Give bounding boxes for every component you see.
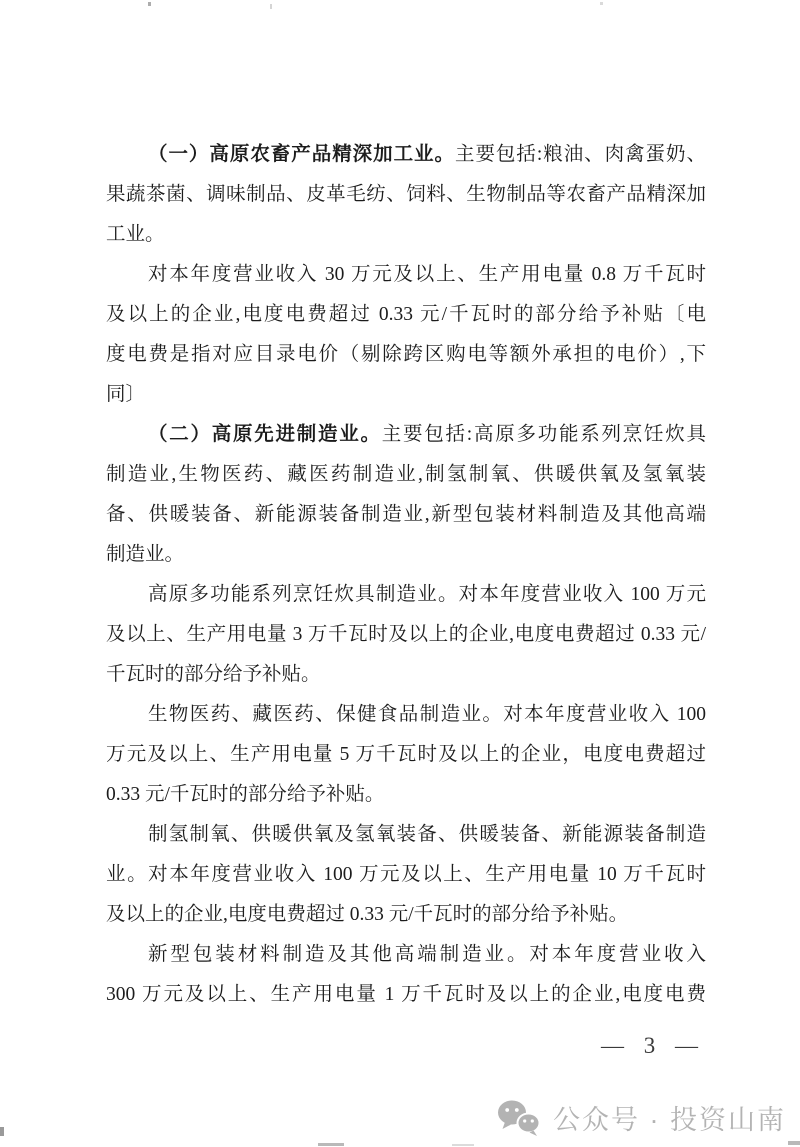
text-line: 制氢制氧、供暖供氧及氢氧装备、供暖装备、新能源装备制造	[106, 815, 706, 855]
watermark: 公众号 · 投资山南	[497, 1098, 786, 1137]
scan-artifact	[0, 1127, 4, 1136]
text-line: 及以上、生产用电量 3 万千瓦时及以上的企业,电度电费超过 0.33 元/	[106, 615, 706, 655]
text-line: 对本年度营业收入 30 万元及以上、生产用电量 0.8 万千瓦时	[106, 255, 706, 295]
scan-artifact	[318, 1143, 344, 1146]
text-line: 千瓦时的部分给予补贴。	[106, 655, 706, 695]
scan-artifact	[148, 2, 151, 6]
watermark-text: 公众号 · 投资山南	[553, 1098, 786, 1137]
scan-artifact	[270, 4, 272, 9]
text-line: 及以上的企业,电度电费超过 0.33 元/千瓦时的部分给予补贴〔电	[106, 295, 706, 335]
text-line: （一）高原农畜产品精深加工业。主要包括:粮油、肉禽蛋奶、	[106, 135, 706, 175]
text-line: 300 万元及以上、生产用电量 1 万千瓦时及以上的企业,电度电费	[106, 975, 706, 1015]
text-line: 高原多功能系列烹饪炊具制造业。对本年度营业收入 100 万元	[106, 575, 706, 615]
scan-artifact	[452, 1144, 474, 1146]
text-line: 万元及以上、生产用电量 5 万千瓦时及以上的企业，电度电费超过	[106, 735, 706, 775]
section-heading: （二）高原先进制造业。	[148, 424, 382, 445]
wechat-icon	[497, 1099, 541, 1137]
text-line: 果蔬茶菌、调味制品、皮革毛纺、饲料、生物制品等农畜产品精深加	[106, 175, 706, 215]
text-line: 生物医药、藏医药、保健食品制造业。对本年度营业收入 100	[106, 695, 706, 735]
text-line: 业。对本年度营业收入 100 万元及以上、生产用电量 10 万千瓦时	[106, 855, 706, 895]
text-line: 0.33 元/千瓦时的部分给予补贴。	[106, 775, 706, 815]
section-heading: （一）高原农畜产品精深加工业。	[148, 144, 455, 165]
text-line: （二）高原先进制造业。主要包括:高原多功能系列烹饪炊具	[106, 415, 706, 455]
document-page: （一）高原农畜产品精深加工业。主要包括:粮油、肉禽蛋奶、果蔬茶菌、调味制品、皮革…	[0, 0, 800, 1147]
text-line: 及以上的企业,电度电费超过 0.33 元/千瓦时的部分给予补贴。	[106, 895, 706, 935]
text-line: 同〕	[106, 375, 706, 415]
text-line: 制造业,生物医药、藏医药制造业,制氢制氧、供暖供氧及氢氧装	[106, 455, 706, 495]
document-body: （一）高原农畜产品精深加工业。主要包括:粮油、肉禽蛋奶、果蔬茶菌、调味制品、皮革…	[106, 135, 706, 1015]
scan-artifact	[600, 2, 603, 5]
text-line: 备、供暖装备、新能源装备制造业,新型包装材料制造及其他高端	[106, 495, 706, 535]
text-line: 工业。	[106, 215, 706, 255]
page-number: — 3 —	[585, 1030, 715, 1062]
text-line: 制造业。	[106, 535, 706, 575]
text-line: 度电费是指对应目录电价（剔除跨区购电等额外承担的电价）,下	[106, 335, 706, 375]
scan-artifact	[788, 1141, 800, 1145]
text-line: 新型包装材料制造及其他高端制造业。对本年度营业收入	[106, 935, 706, 975]
